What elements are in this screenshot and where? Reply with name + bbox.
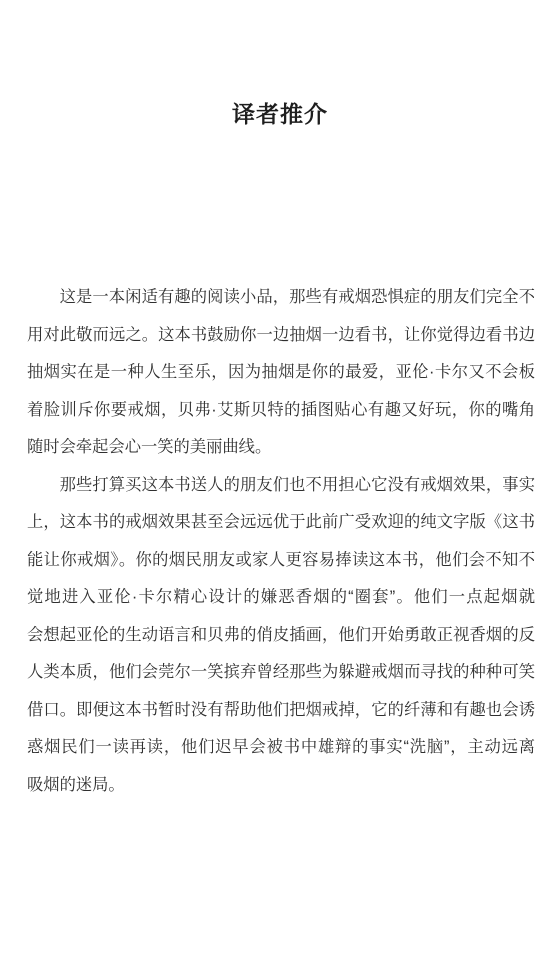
text-line: 觉地进入亚伦·卡尔精心设计的嫌恶香烟的“圈套”。他们一点起烟就 xyxy=(27,579,535,617)
text-line: 人类本质，他们会莞尔一笑摈弃曾经那些为躲避戒烟而寻找的种种可笑 xyxy=(27,654,535,692)
page-title: 译者推介 xyxy=(0,101,560,128)
text-line: 借口。即便这本书暂时没有帮助他们把烟戒掉，它的纤薄和有趣也会诱 xyxy=(27,692,535,730)
text-line: 上，这本书的戒烟效果甚至会远远优于此前广受欢迎的纯文字版《这书 xyxy=(27,504,535,542)
text-line: 那些打算买这本书送人的朋友们也不用担心它没有戒烟效果，事实 xyxy=(27,467,535,505)
text-line: 这是一本闲适有趣的阅读小品，那些有戒烟恐惧症的朋友们完全不 xyxy=(27,279,535,317)
text-line: 着脸训斥你要戒烟，贝弗·艾斯贝特的插图贴心有趣又好玩，你的嘴角 xyxy=(27,392,535,430)
text-line: 能让你戒烟》。你的烟民朋友或家人更容易捧读这本书，他们会不知不 xyxy=(27,542,535,580)
book-page: 译者推介 这是一本闲适有趣的阅读小品，那些有戒烟恐惧症的朋友们完全不 用对此敬而… xyxy=(0,0,560,960)
text-line: 惑烟民们一读再读，他们迟早会被书中雄辩的事实“洗脑”，主动远离 xyxy=(27,729,535,767)
text-line: 随时会牵起会心一笑的美丽曲线。 xyxy=(27,429,535,467)
text-line: 抽烟实在是一种人生至乐，因为抽烟是你的最爱，亚伦·卡尔又不会板 xyxy=(27,354,535,392)
text-line: 会想起亚伦的生动语言和贝弗的俏皮插画，他们开始勇敢正视香烟的反 xyxy=(27,617,535,655)
body-text: 这是一本闲适有趣的阅读小品，那些有戒烟恐惧症的朋友们完全不 用对此敬而远之。这本… xyxy=(27,279,535,804)
text-line: 吸烟的迷局。 xyxy=(27,767,535,805)
text-line: 用对此敬而远之。这本书鼓励你一边抽烟一边看书，让你觉得边看书边 xyxy=(27,317,535,355)
